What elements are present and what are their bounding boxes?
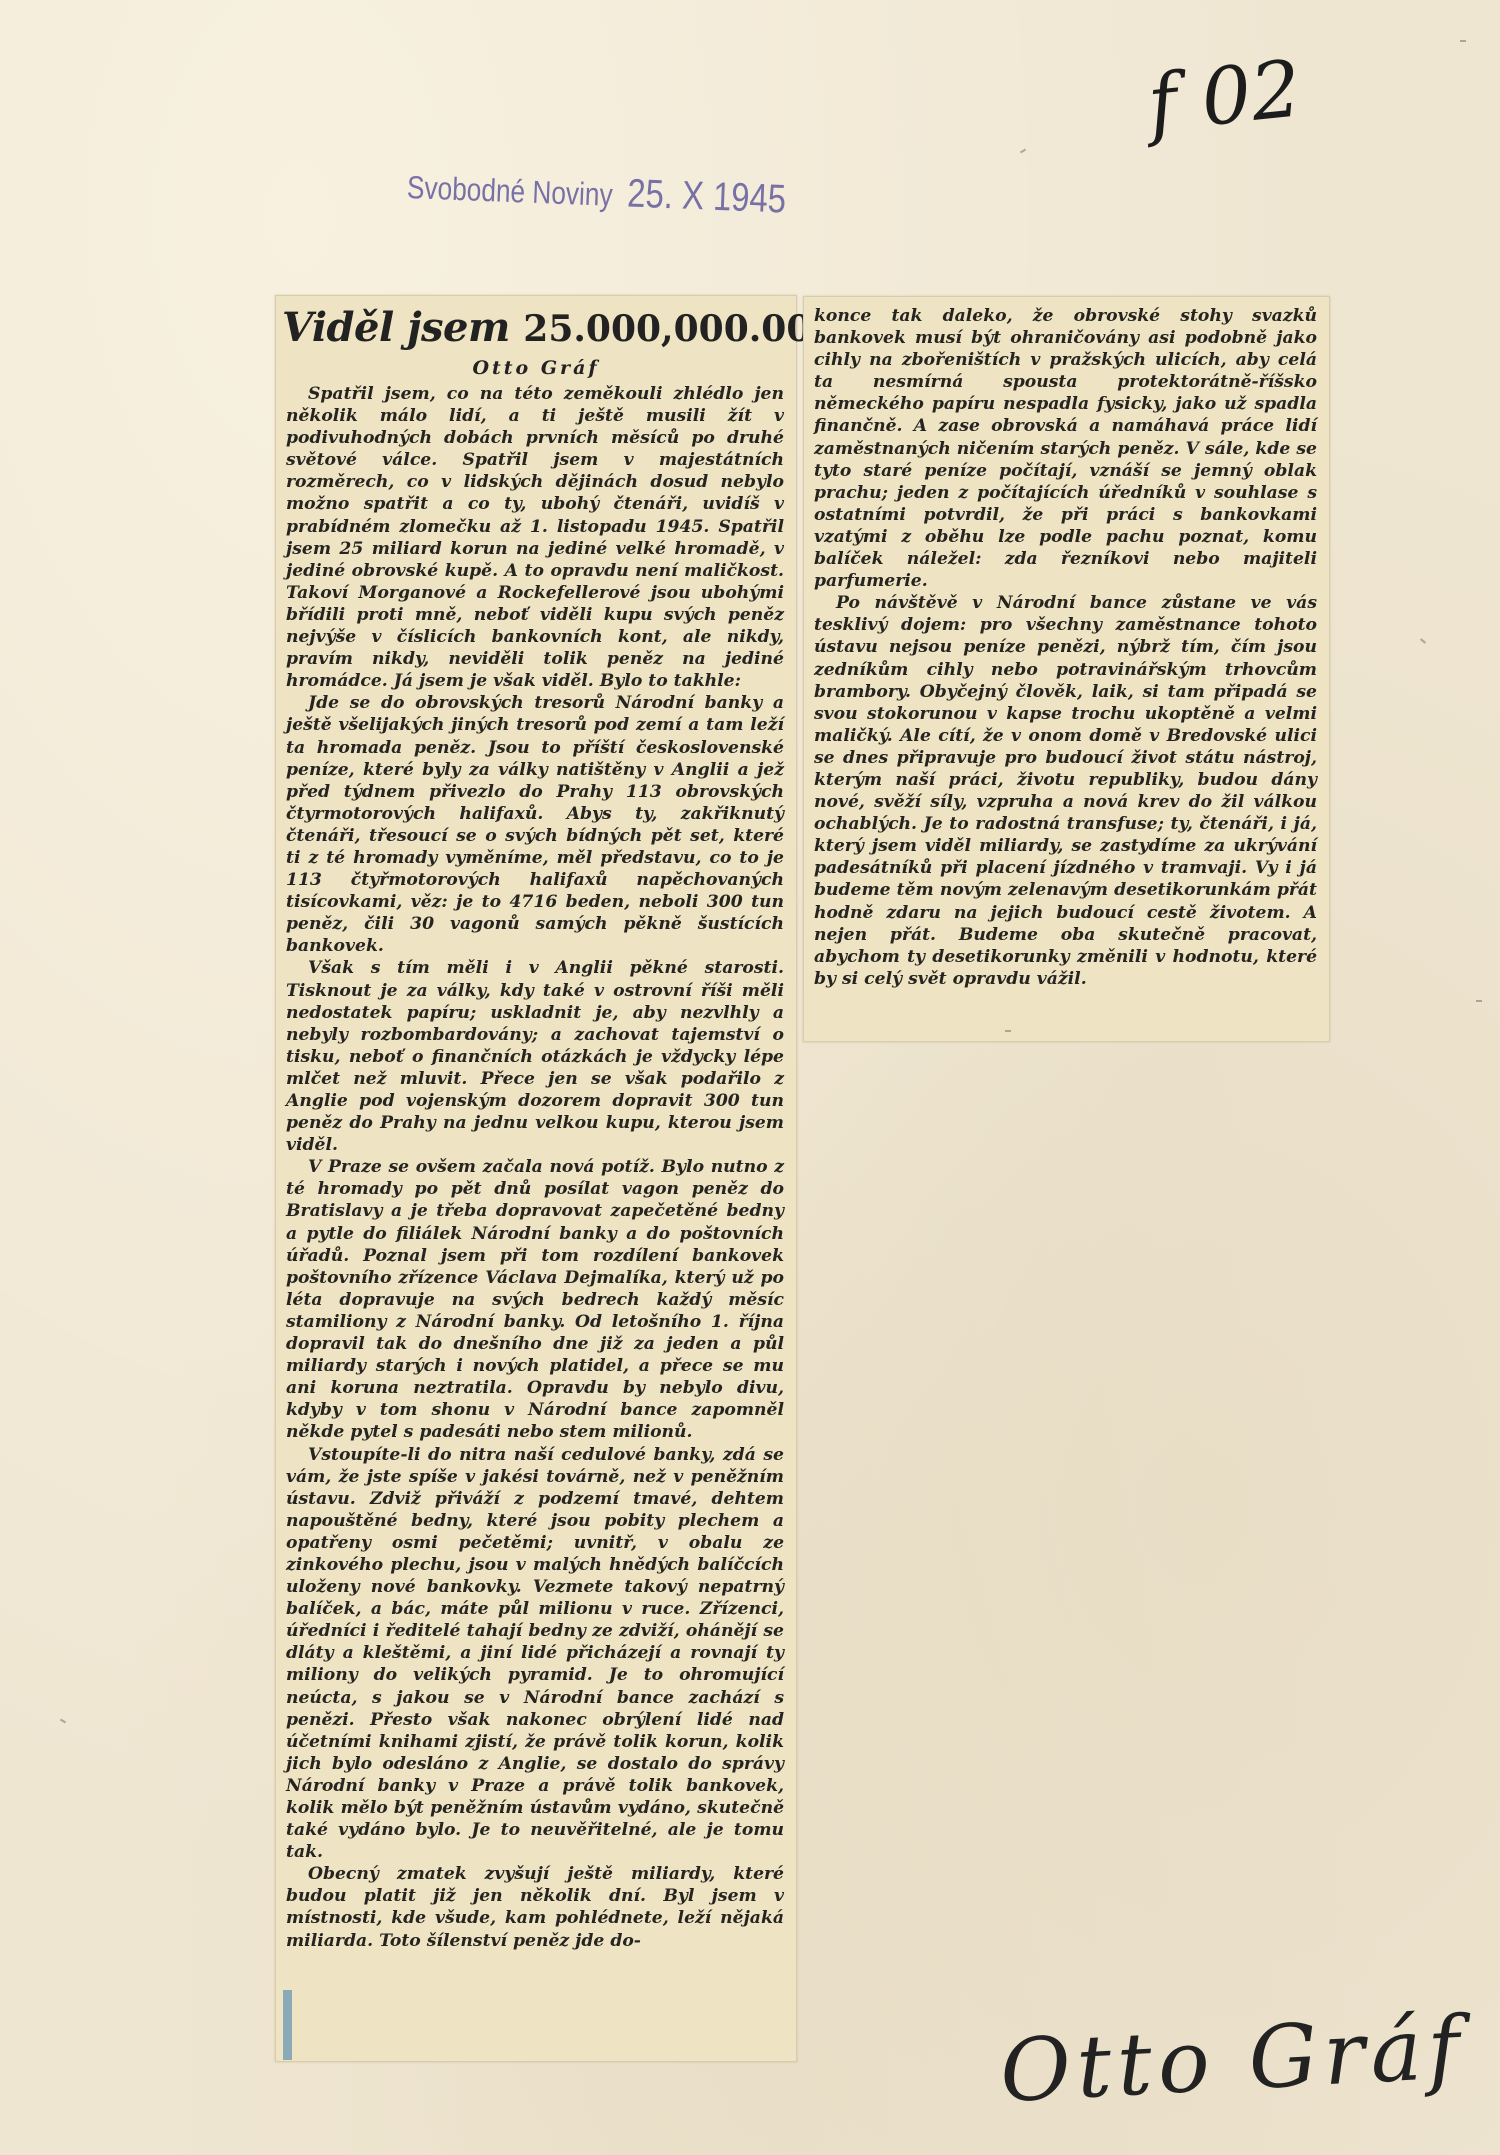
stamp-source: Svobodné Noviny bbox=[406, 169, 613, 213]
folio-number: f 02 bbox=[1144, 44, 1305, 149]
paragraph: Však s tím měli i v Anglii pěkné starost… bbox=[286, 957, 784, 1156]
paragraph: V Praze se ovšem začala nová potíž. Bylo… bbox=[286, 1156, 784, 1443]
paper-fleck bbox=[1020, 149, 1026, 154]
paragraph: Jde se do obrovských tresorů Národní ban… bbox=[286, 692, 784, 957]
paper-fleck bbox=[1476, 1000, 1482, 1002]
paragraph: Po návštěvě v Národní bance zůstane ve v… bbox=[814, 592, 1317, 990]
paper-fleck bbox=[1005, 1030, 1011, 1032]
headline-number: 25.000,000.000 bbox=[523, 308, 836, 350]
paper-fleck bbox=[1420, 638, 1426, 643]
paragraph: Vstoupíte-li do nitra naší cedulové bank… bbox=[286, 1444, 784, 1864]
left-column-text: Spatřil jsem, co na této zeměkouli zhléd… bbox=[276, 383, 796, 1952]
paragraph: Obecný zmatek zvyšují ještě miliardy, kt… bbox=[286, 1863, 784, 1951]
paragraph: Spatřil jsem, co na této zeměkouli zhléd… bbox=[286, 383, 784, 692]
paper-fleck bbox=[1460, 40, 1466, 42]
paper-fleck bbox=[60, 1719, 66, 1724]
handwritten-signature: Otto Gráf bbox=[998, 1998, 1468, 2122]
article-clipping-right: konce tak daleko, že obrovské stohy svaz… bbox=[803, 296, 1330, 1042]
stamp-date: 25. X 1945 bbox=[627, 171, 787, 221]
right-column-text: konce tak daleko, že obrovské stohy svaz… bbox=[804, 297, 1329, 990]
article-headline: Viděl jsem 25.000,000.000 bbox=[282, 304, 796, 351]
article-clipping-left: Viděl jsem 25.000,000.000 Otto Gráf Spat… bbox=[275, 295, 797, 2062]
article-byline: Otto Gráf bbox=[276, 357, 796, 379]
paragraph: konce tak daleko, že obrovské stohy svaz… bbox=[814, 305, 1317, 592]
blue-ink-mark bbox=[283, 1990, 292, 2060]
newspaper-source-stamp: Svobodné Noviny25. X 1945 bbox=[406, 163, 787, 223]
headline-words: Viděl jsem bbox=[282, 304, 510, 351]
